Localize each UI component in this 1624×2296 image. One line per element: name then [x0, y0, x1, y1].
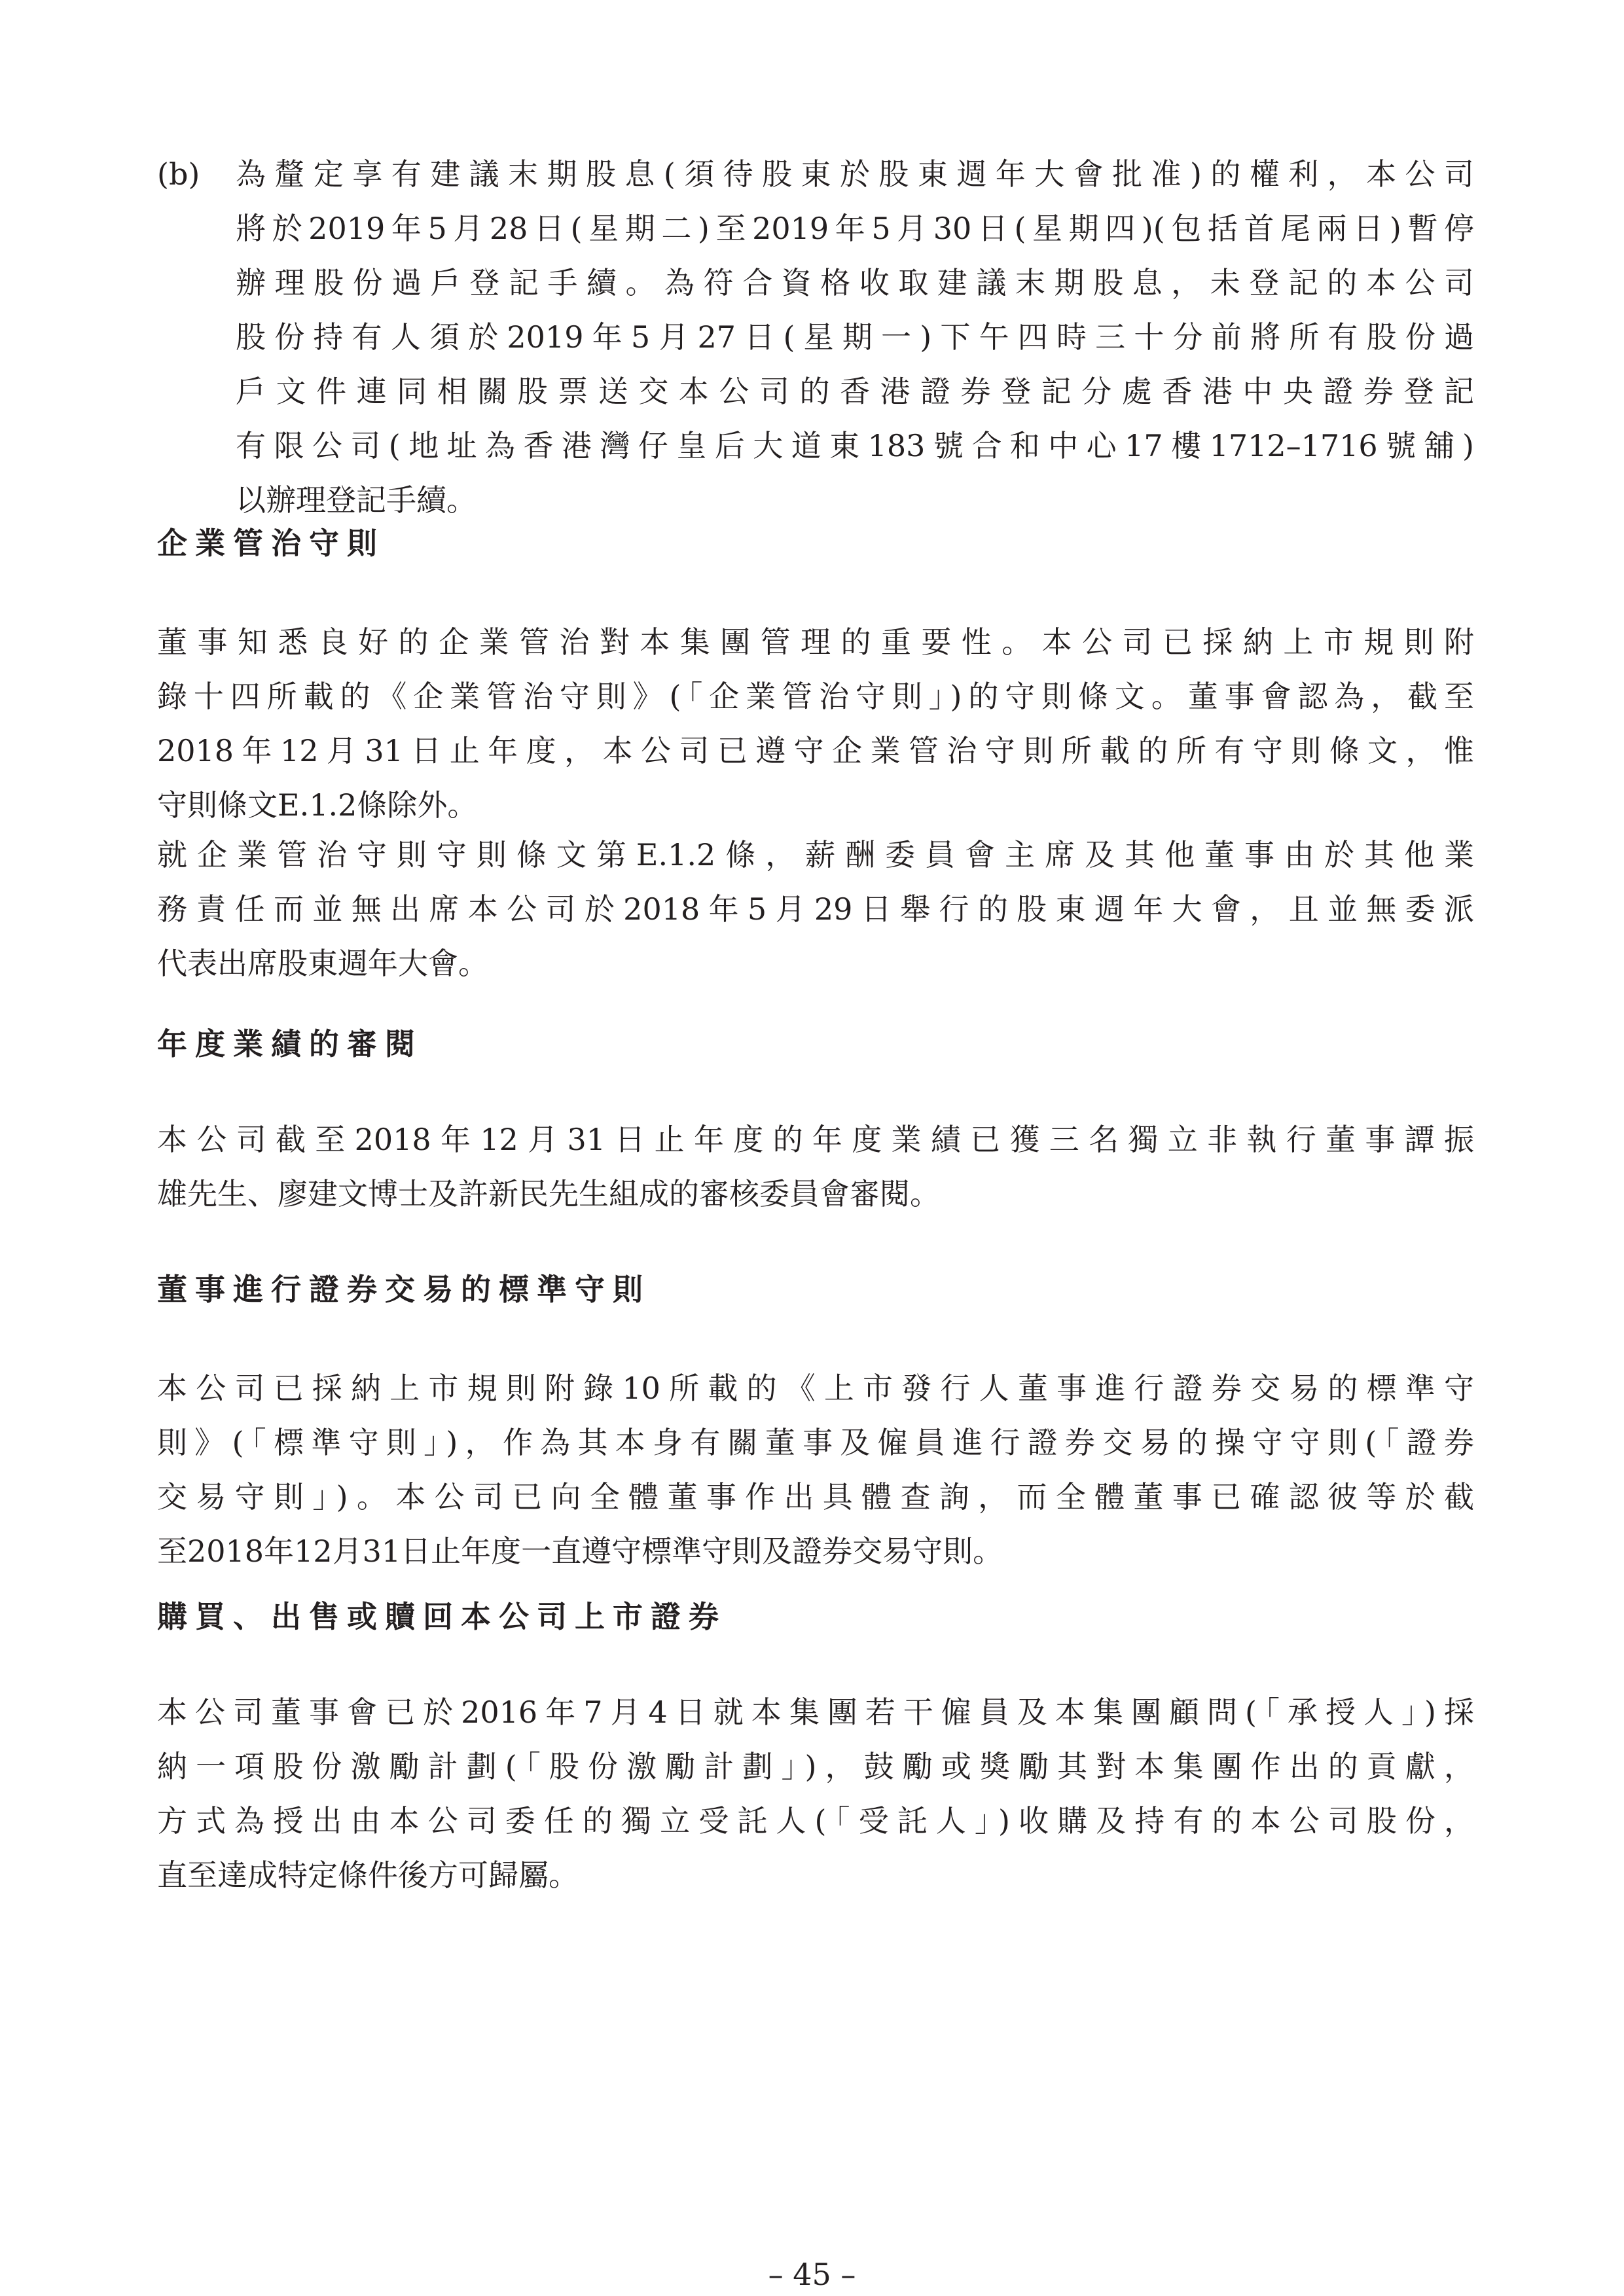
text-line: 代表出席股東週年大會。 — [157, 937, 1474, 991]
text-line: 守則條文E.1.2條除外。 — [157, 778, 1474, 833]
text-line: 務責任而並無出席本公司於2018年5月29日舉行的股東週年大會，且並無委派 — [157, 882, 1474, 937]
text-line: 以辦理登記手續。 — [236, 473, 1474, 528]
text-line: 股份持有人須於2019年5月27日(星期一)下午四時三十分前將所有股份過 — [236, 310, 1474, 365]
text-line: 本公司截至2018年12月31日止年度的年度業績已獲三名獨立非執行董事譚振 — [157, 1113, 1474, 1167]
document-page: (b) 為釐定享有建議末期股息(須待股東於股東週年大會批准)的權利，本公司 將於… — [0, 0, 1624, 2296]
paragraph: 董事知悉良好的企業管治對本集團管理的重要性。本公司已採納上市規則附 錄十四所載的… — [157, 615, 1474, 833]
text-line: 本公司董事會已於2016年7月4日就本集團若干僱員及本集團顧問(「承授人」)採 — [157, 1685, 1474, 1740]
text-line: 至2018年12月31日止年度一直遵守標準守則及證券交易守則。 — [157, 1524, 1474, 1579]
item-body: 為釐定享有建議末期股息(須待股東於股東週年大會批准)的權利，本公司 將於2019… — [236, 147, 1474, 528]
paragraph: 本公司已採納上市規則附錄10所載的《上市發行人董事進行證券交易的標準守 則》(「… — [157, 1361, 1474, 1579]
text-line: 則》(「標準守則」)，作為其本身有關董事及僱員進行證券交易的操守守則(「證券 — [157, 1416, 1474, 1470]
text-line: 戶文件連同相關股票送交本公司的香港證券登記分處香港中央證券登記 — [236, 365, 1474, 419]
text-line: 有限公司(地址為香港灣仔皇后大道東183號合和中心17樓1712–1716號舖) — [236, 419, 1474, 473]
text-line: 董事知悉良好的企業管治對本集團管理的重要性。本公司已採納上市規則附 — [157, 615, 1474, 670]
text-line: 交易守則」)。本公司已向全體董事作出具體查詢，而全體董事已確認彼等於截 — [157, 1470, 1474, 1524]
paragraph: 本公司截至2018年12月31日止年度的年度業績已獲三名獨立非執行董事譚振 雄先… — [157, 1113, 1474, 1221]
text-line: 本公司已採納上市規則附錄10所載的《上市發行人董事進行證券交易的標準守 — [157, 1361, 1474, 1416]
paragraph: 本公司董事會已於2016年7月4日就本集團若干僱員及本集團顧問(「承授人」)採 … — [157, 1685, 1474, 1903]
text-line: 雄先生、廖建文博士及許新民先生組成的審核委員會審閱。 — [157, 1167, 1474, 1221]
text-line: 錄十四所載的《企業管治守則》(「企業管治守則」)的守則條文。董事會認為，截至 — [157, 670, 1474, 724]
paragraph: 就企業管治守則守則條文第E.1.2條，薪酬委員會主席及其他董事由於其他業 務責任… — [157, 828, 1474, 991]
section-heading-model-code: 董事進行證券交易的標準守則 — [157, 1270, 651, 1309]
text-line: 方式為授出由本公司委任的獨立受託人(「受託人」)收購及持有的本公司股份， — [157, 1794, 1474, 1848]
text-line: 納一項股份激勵計劃(「股份激勵計劃」)，鼓勵或獎勵其對本集團作出的貢獻， — [157, 1740, 1474, 1794]
section-heading-results-review: 年度業績的審閱 — [157, 1024, 423, 1064]
text-line: 為釐定享有建議末期股息(須待股東於股東週年大會批准)的權利，本公司 — [236, 147, 1474, 202]
section-heading-corporate-governance: 企業管治守則 — [157, 524, 385, 563]
text-line: 辦理股份過戶登記手續。為符合資格收取建議末期股息，未登記的本公司 — [236, 256, 1474, 310]
item-label: (b) — [157, 147, 200, 202]
section-heading-purchase-sale-redemption: 購買、出售或贖回本公司上市證券 — [157, 1597, 727, 1636]
page-number: – 45 – — [0, 2255, 1624, 2294]
text-line: 就企業管治守則守則條文第E.1.2條，薪酬委員會主席及其他董事由於其他業 — [157, 828, 1474, 882]
text-line: 直至達成特定條件後方可歸屬。 — [157, 1848, 1474, 1903]
text-line: 2018年12月31日止年度，本公司已遵守企業管治守則所載的所有守則條文，惟 — [157, 724, 1474, 778]
text-line: 將於2019年5月28日(星期二)至2019年5月30日(星期四)(包括首尾兩日… — [236, 202, 1474, 256]
